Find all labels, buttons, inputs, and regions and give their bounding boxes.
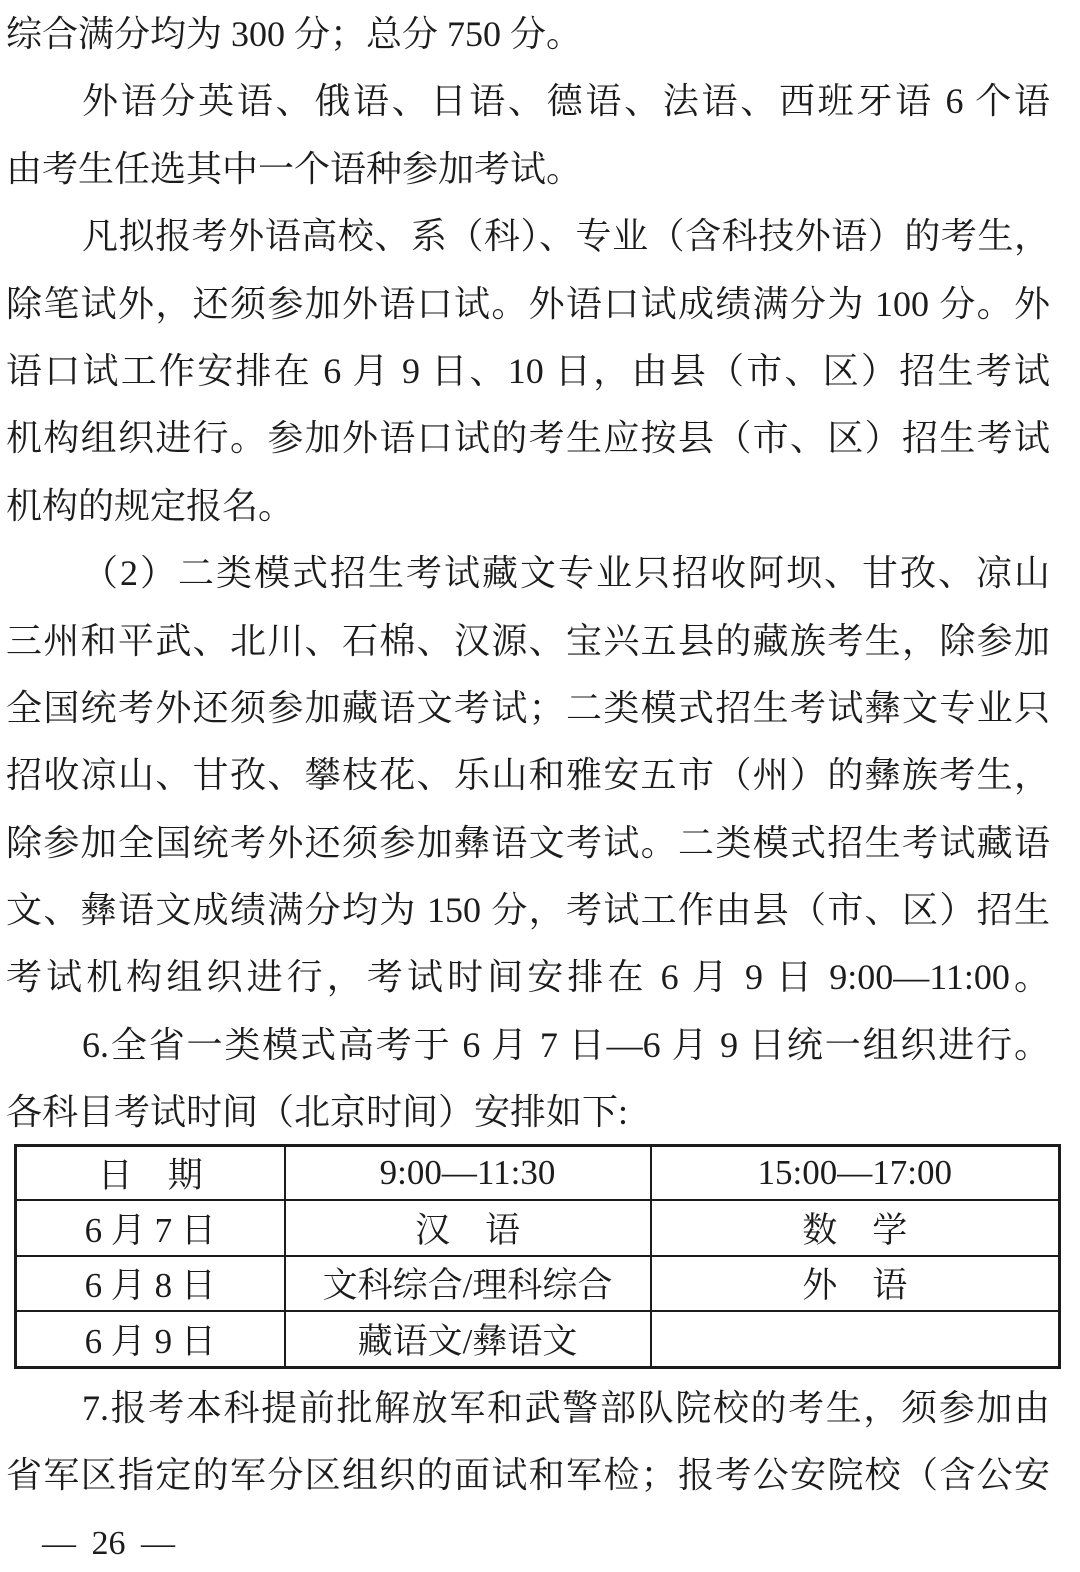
text-line: 7.报考本科提前批解放军和武警部队院校的考生，须参加由 (6, 1375, 1050, 1442)
page-number: — 26 — (42, 1524, 175, 1564)
schedule-cell: 数 学 (651, 1200, 1060, 1256)
text-line: 招收凉山、甘孜、攀枝花、乐山和雅安五市（州）的彝族考生， (6, 742, 1050, 809)
body-text-lower: 7.报考本科提前批解放军和武警部队院校的考生，须参加由 省军区指定的军分区组织的… (6, 1375, 1050, 1510)
text-line: 除参加全国统考外还须参加彝语文考试。二类模式招生考试藏语 (6, 810, 1050, 877)
text-line: 机构组织进行。参加外语口试的考生应按县（市、区）招生考试 (6, 405, 1050, 472)
table-row: 6 月 8 日 文科综合/理科综合 外 语 (16, 1256, 1060, 1311)
text-line: （2）二类模式招生考试藏文专业只招收阿坝、甘孜、凉山 (6, 540, 1050, 607)
text-line: 综合满分均为 300 分；总分 750 分。 (6, 1, 1050, 68)
schedule-cell: 外 语 (651, 1256, 1060, 1311)
text-line: 由考生任选其中一个语种参加考试。 (6, 136, 1050, 203)
text-line: 全国统考外还须参加藏语文考试；二类模式招生考试彝文专业只 (6, 675, 1050, 742)
exam-schedule-table: 日 期 9:00—11:30 15:00—17:00 6 月 7 日 汉 语 数… (14, 1144, 1061, 1369)
schedule-cell: 藏语文/彝语文 (285, 1311, 651, 1368)
table-row: 6 月 9 日 藏语文/彝语文 (16, 1311, 1060, 1368)
schedule-cell: 6 月 7 日 (16, 1200, 285, 1256)
text-line: 机构的规定报名。 (6, 473, 1050, 540)
schedule-header-afternoon: 15:00—17:00 (651, 1146, 1060, 1200)
schedule-cell: 文科综合/理科综合 (285, 1256, 651, 1311)
text-line: 6.全省一类模式高考于 6 月 7 日—6 月 9 日统一组织进行。 (6, 1012, 1050, 1079)
schedule-header-date: 日 期 (16, 1146, 285, 1200)
text-line: 考试机构组织进行，考试时间安排在 6 月 9 日 9:00—11:00。 (6, 944, 1050, 1011)
document-page: 综合满分均为 300 分；总分 750 分。 外语分英语、俄语、日语、德语、法语… (0, 0, 1080, 1572)
text-line: 外语分英语、俄语、日语、德语、法语、西班牙语 6 个语种， (6, 68, 1050, 135)
schedule-cell (651, 1311, 1060, 1368)
text-line: 凡拟报考外语高校、系（科）、专业（含科技外语）的考生， (6, 203, 1050, 270)
schedule-header-morning: 9:00—11:30 (285, 1146, 651, 1200)
text-line: 文、彝语文成绩满分均为 150 分，考试工作由县（市、区）招生 (6, 877, 1050, 944)
text-line: 各科目考试时间（北京时间）安排如下: (6, 1079, 1050, 1146)
schedule-cell: 汉 语 (285, 1200, 651, 1256)
schedule-cell: 6 月 8 日 (16, 1256, 285, 1311)
schedule-cell: 6 月 9 日 (16, 1311, 285, 1368)
text-line: 三州和平武、北川、石棉、汉源、宝兴五县的藏族考生，除参加 (6, 608, 1050, 675)
text-line: 语口试工作安排在 6 月 9 日、10 日，由县（市、区）招生考试 (6, 338, 1050, 405)
body-text-upper: 综合满分均为 300 分；总分 750 分。 外语分英语、俄语、日语、德语、法语… (6, 1, 1050, 1147)
text-line: 省军区指定的军分区组织的面试和军检；报考公安院校（含公安 (6, 1442, 1050, 1509)
text-line: 除笔试外，还须参加外语口试。外语口试成绩满分为 100 分。外 (6, 271, 1050, 338)
table-header-row: 日 期 9:00—11:30 15:00—17:00 (16, 1146, 1060, 1200)
table-row: 6 月 7 日 汉 语 数 学 (16, 1200, 1060, 1256)
